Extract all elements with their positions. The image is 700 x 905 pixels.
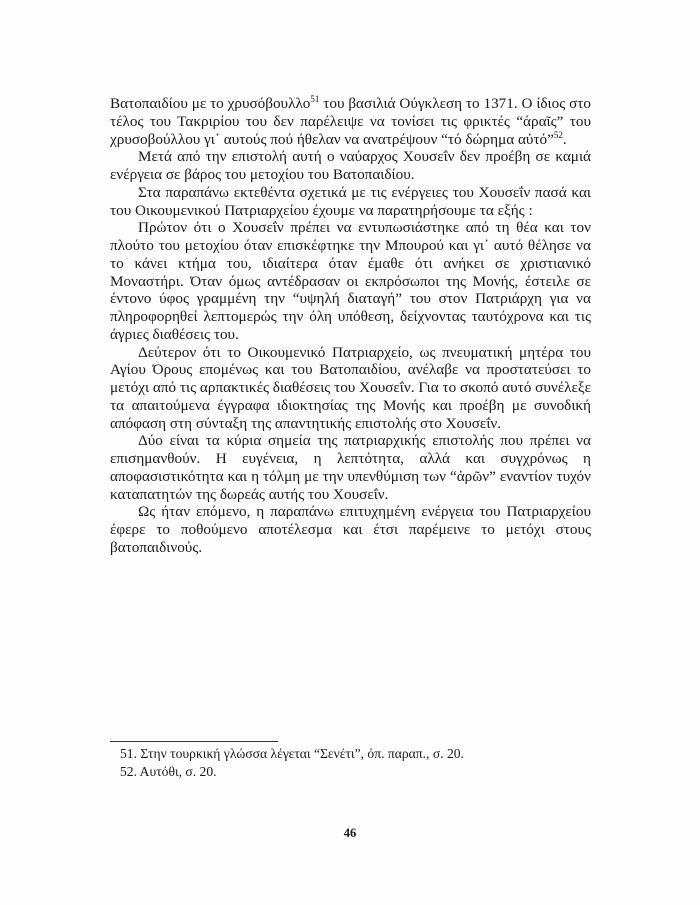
paragraph: Δύο είναι τα κύρια σημεία της πατριαρχικ… <box>110 432 591 503</box>
paragraph-text: Βατοπαιδίου με το χρυσόβουλλο <box>110 95 310 112</box>
body-text: Βατοπαιδίου με το χρυσόβουλλο51 του βασι… <box>110 95 591 557</box>
page-number: 46 <box>0 826 700 841</box>
footnotes: 51. Στην τουρκική γλώσσα λέγεται “Σενέτι… <box>120 745 590 780</box>
footnote-reference[interactable]: 52 <box>554 130 563 140</box>
paragraph: Μετά από την επιστολή αυτή ο ναύαρχος Χο… <box>110 148 591 184</box>
paragraph-text: Δύο είναι τα κύρια σημεία της πατριαρχικ… <box>110 432 591 502</box>
paragraph-text: Δεύτερον ότι το Οικουμενικό Πατριαρχείο,… <box>110 344 591 432</box>
document-page: Βατοπαιδίου με το χρυσόβουλλο51 του βασι… <box>0 0 700 905</box>
paragraph-text: Πρώτον ότι ο Χουσεΐν πρέπει να εντυπωσιά… <box>110 219 591 343</box>
paragraph-text: Μετά από την επιστολή αυτή ο ναύαρχος Χο… <box>110 148 591 183</box>
footnote-51: 51. Στην τουρκική γλώσσα λέγεται “Σενέτι… <box>120 745 590 763</box>
paragraph: Βατοπαιδίου με το χρυσόβουλλο51 του βασι… <box>110 95 591 148</box>
paragraph-text: . <box>563 131 567 148</box>
paragraph: Πρώτον ότι ο Χουσεΐν πρέπει να εντυπωσιά… <box>110 219 591 343</box>
paragraph: Στα παραπάνω εκτεθέντα σχετικά με τις εν… <box>110 184 591 220</box>
paragraph: Ως ήταν επόμενο, η παραπάνω επιτυχημένη … <box>110 503 591 556</box>
footnote-separator <box>110 741 278 742</box>
footnote-52: 52. Αυτόθι, σ. 20. <box>120 763 590 781</box>
paragraph-text: Στα παραπάνω εκτεθέντα σχετικά με τις εν… <box>110 184 591 219</box>
paragraph-text: Ως ήταν επόμενο, η παραπάνω επιτυχημένη … <box>110 503 591 556</box>
paragraph: Δεύτερον ότι το Οικουμενικό Πατριαρχείο,… <box>110 344 591 433</box>
